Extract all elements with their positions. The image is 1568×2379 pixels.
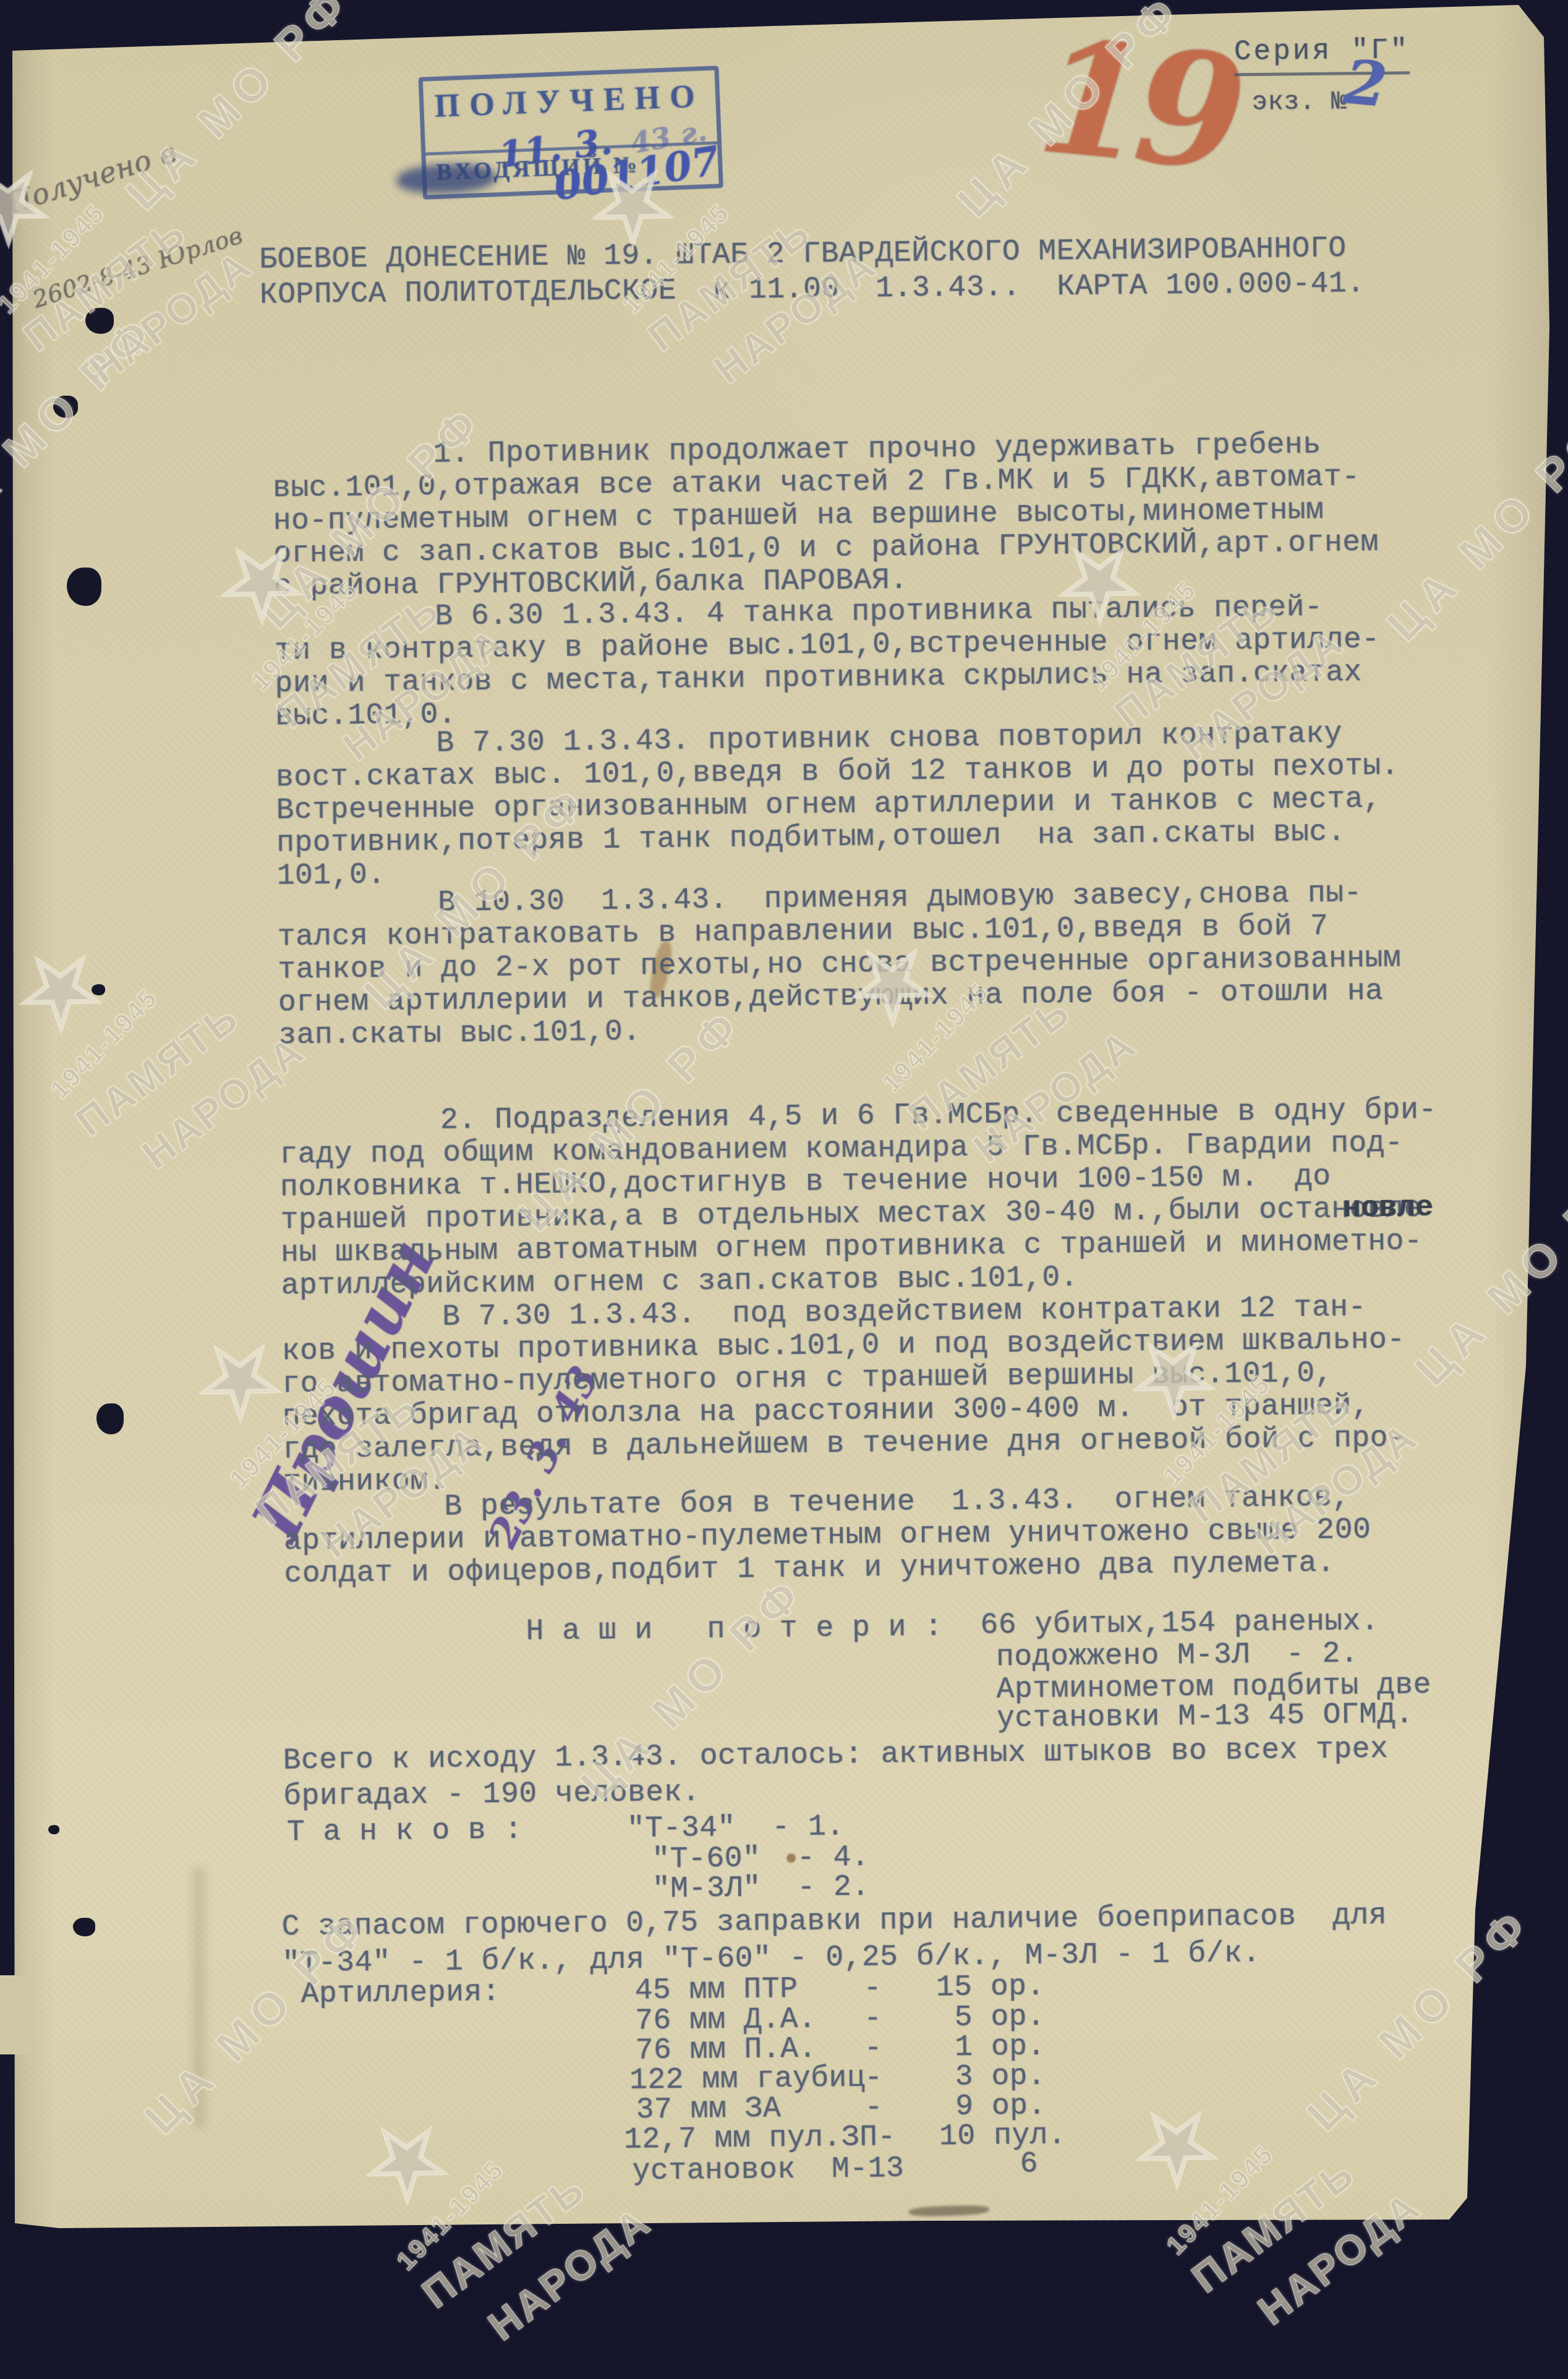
artillery-name: 12,7 мм пул.ЗП-	[624, 2121, 896, 2157]
overtyped-word: новле	[1342, 1191, 1433, 1226]
tanks-row: "Т-34" - 1.	[627, 1810, 845, 1846]
binding-hole	[73, 1918, 95, 1936]
report-paragraph: В 7.30 1.3.43. противник снова повторил …	[275, 716, 1489, 893]
copy-number-handwritten: 2	[1341, 46, 1390, 121]
binding-hole	[96, 1403, 124, 1434]
losses-line: подожжено М-3Л - 2.	[996, 1637, 1359, 1674]
copy-label: экз. №	[1252, 87, 1348, 117]
tanks-label: Т а н к о в :	[287, 1814, 523, 1850]
totals-line: Всего к исходу 1.3.43. осталось: активны…	[283, 1733, 1388, 1778]
totals-line: бригадах - 190 человек.	[283, 1776, 701, 1813]
losses-casualties: 66 убитых,154 раненых.	[980, 1605, 1379, 1643]
artillery-name: 45 мм ПТР	[634, 1973, 798, 2008]
artillery-value: 6	[1020, 2148, 1038, 2181]
tanks-row: "М-3Л" - 2.	[652, 1871, 870, 1907]
binding-hole	[67, 568, 101, 606]
artillery-name: установок М-13	[632, 2152, 904, 2189]
artillery-value: 10 пул.	[939, 2119, 1067, 2153]
binding-hole	[48, 1825, 59, 1834]
losses-line: установки М-13 45 ОГМД.	[997, 1698, 1414, 1735]
report-paragraph: 2. Подразделения 4,5 и 6 Гв.МСБр. сведен…	[279, 1093, 1493, 1303]
